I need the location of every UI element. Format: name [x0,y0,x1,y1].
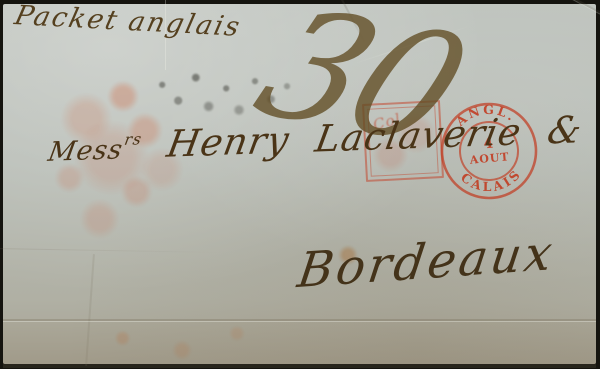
destination-bordeaux: Bordeaux [294,225,558,300]
address-prefix: Mess [46,134,126,168]
bottom-fold-shading [3,322,596,368]
paper-crease [0,248,223,253]
address-prefix-superscript: rs [123,130,144,149]
letter-paper: Col ANGL. CALAIS 4 AOUT Packet anglais 3… [3,4,596,364]
photo-frame: Col ANGL. CALAIS 4 AOUT Packet anglais 3… [0,0,600,369]
endorsement-packet-anglais: Packet anglais [12,0,245,42]
paper-crease [482,0,600,45]
